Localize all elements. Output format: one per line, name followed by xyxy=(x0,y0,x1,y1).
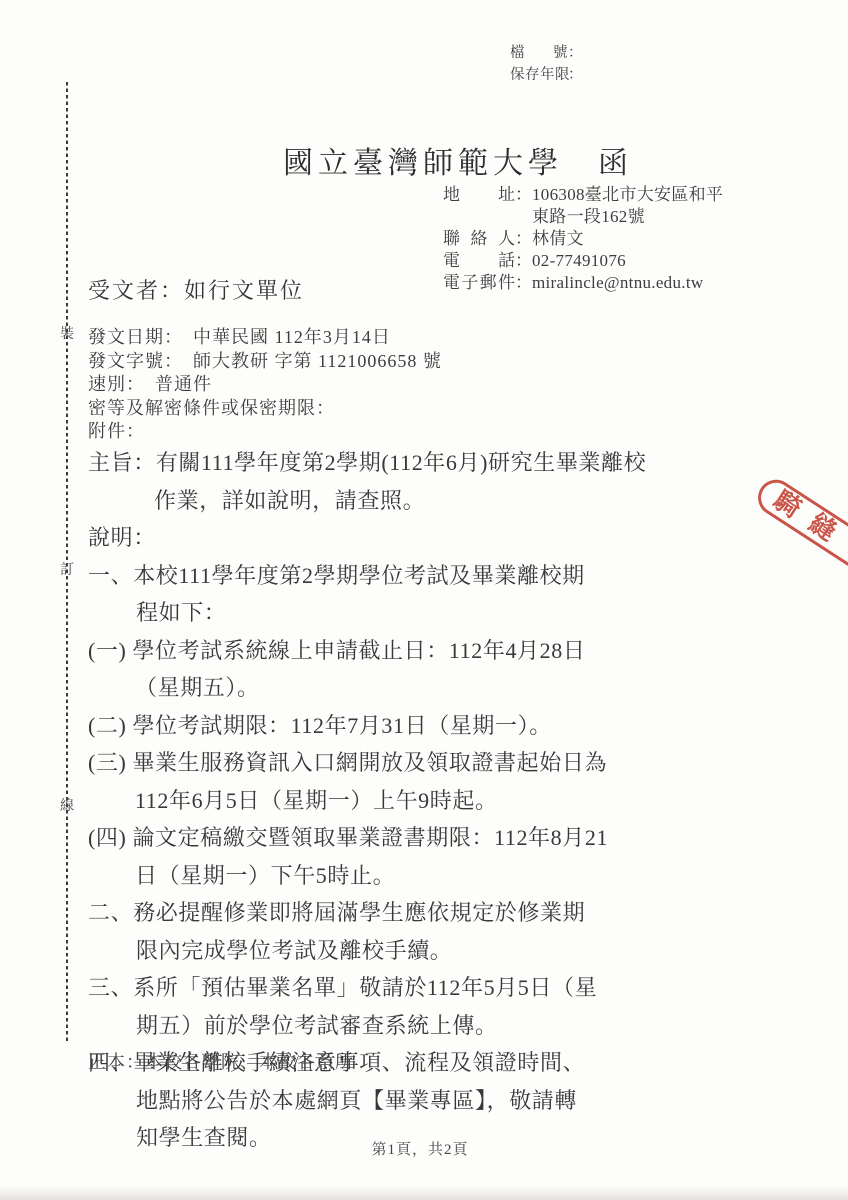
sub-item-4: (四)論文定稿繳交暨領取畢業證書期限：112年8月21日（星期一）下午5時止。 xyxy=(88,819,621,894)
contact-person-colon: ： xyxy=(515,228,532,250)
retention-label: 保存年限 xyxy=(510,64,568,86)
contact-person-label: 聯絡人 xyxy=(443,228,515,250)
sub-item-3-marker: (三) xyxy=(88,750,126,775)
sub-item-3: (三)畢業生服務資訊入口網開放及領取證書起始日為112年6月5日（星期一）上午9… xyxy=(88,744,621,819)
stamp-char-qi: 騎 xyxy=(769,487,805,523)
file-number-row: 檔號： xyxy=(510,42,583,64)
security-class-row: 密等及解密條件或保密期限： xyxy=(88,397,442,421)
contact-block: 地址：106308臺北市大安區和平東路一段162號 聯絡人：林倩文 電話：02-… xyxy=(443,184,728,294)
list-item-1-text: 本校111學年度第2學期學位考試及畢業離校期程如下： xyxy=(133,563,585,626)
contact-row-address: 地址：106308臺北市大安區和平東路一段162號 xyxy=(443,184,728,228)
stamp-char-feng: 縫 xyxy=(804,510,840,546)
scanner-edge-shadow xyxy=(0,1186,848,1200)
list-item-2-text: 務必提醒修業即將屆滿學生應依規定於修業期限內完成學位考試及離校手續。 xyxy=(133,900,585,963)
file-number-block: 檔號： 保存年限： xyxy=(510,42,583,86)
binding-char-zhuang: 裝 xyxy=(59,328,75,342)
address-colon: ： xyxy=(515,184,532,228)
email-label: 電子郵件 xyxy=(443,272,515,294)
explanation-label: 說明： xyxy=(88,519,748,557)
sub-item-1: (一)學位考試系統線上申請截止日：112年4月28日（星期五）。 xyxy=(88,632,621,707)
sub-item-4-text: 論文定稿繳交暨領取畢業證書期限：112年8月21日（星期一）下午5時止。 xyxy=(132,825,608,888)
retention-row: 保存年限： xyxy=(510,64,583,86)
issue-date-row: 發文日期： 中華民國 112年3月14日 xyxy=(88,326,442,350)
sub-item-1-text: 學位考試系統線上申請截止日：112年4月28日（星期五）。 xyxy=(132,638,585,701)
list-item-2: 二、務必提醒修業即將屆滿學生應依規定於修業期限內完成學位考試及離校手續。 xyxy=(88,894,598,969)
contact-row-email: 電子郵件：miralincle@ntnu.edu.tw xyxy=(443,272,728,294)
document-meta-block: 發文日期： 中華民國 112年3月14日 發文字號： 師大教研 字第 11210… xyxy=(88,326,442,444)
official-letter-page: 裝 訂 線 檔號： 保存年限： 國立臺灣師範大學 函 地址：106308臺北市大… xyxy=(0,0,848,1200)
file-number-colon: ： xyxy=(568,45,583,61)
issue-number-row: 發文字號： 師大教研 字第 1121006658 號 xyxy=(88,350,442,374)
copy-recipients-line: 正本：本校各學院、本校各系所 xyxy=(88,1048,354,1074)
list-item-3-marker: 三、 xyxy=(88,975,133,1000)
contact-row-phone: 電話：02-77491076 xyxy=(443,250,728,272)
page-number-footer: 第1頁，共2頁 xyxy=(0,1138,840,1159)
speed-class-row: 速別： 普通件 xyxy=(88,373,442,397)
retention-colon: ： xyxy=(568,67,583,83)
sub-item-2: (二)學位考試期限：112年7月31日（星期一）。 xyxy=(88,707,621,745)
sub-item-3-text: 畢業生服務資訊入口網開放及領取證書起始日為112年6月5日（星期一）上午9時起。 xyxy=(132,750,607,813)
email-colon: ： xyxy=(515,272,532,294)
contact-person-value: 林倩文 xyxy=(532,228,728,250)
subject-marker: 主旨： xyxy=(88,450,156,475)
sub-item-4-marker: (四) xyxy=(88,825,126,850)
subject-paragraph: 主旨：有關111學年度第2學期(112年6月)研究生畢業離校作業，詳如說明，請查… xyxy=(88,444,668,519)
contact-row-person: 聯絡人：林倩文 xyxy=(443,228,728,250)
sub-item-2-marker: (二) xyxy=(88,713,126,738)
sub-item-1-marker: (一) xyxy=(88,638,126,663)
phone-label: 電話 xyxy=(443,250,515,272)
list-item-3-text: 系所「預估畢業名單」敬請於112年5月5日（星期五）前於學位考試審查系統上傳。 xyxy=(133,975,597,1038)
binding-char-xian: 線 xyxy=(59,800,75,814)
list-item-2-marker: 二、 xyxy=(88,900,133,925)
sub-item-2-text: 學位考試期限：112年7月31日（星期一）。 xyxy=(132,713,551,738)
list-item-3: 三、系所「預估畢業名單」敬請於112年5月5日（星期五）前於學位考試審查系統上傳… xyxy=(88,969,598,1044)
attachment-row: 附件： xyxy=(88,420,442,444)
email-value: miralincle@ntnu.edu.tw xyxy=(532,272,728,294)
phone-colon: ： xyxy=(515,250,532,272)
address-label: 地址 xyxy=(443,184,515,228)
phone-value: 02-77491076 xyxy=(532,250,728,272)
recipient-line: 受文者：如行文單位 xyxy=(88,274,304,305)
document-title: 國立臺灣師範大學 函 xyxy=(283,138,633,182)
binding-dashed-line: 裝 訂 線 xyxy=(66,82,68,1042)
binding-char-ding: 訂 xyxy=(59,564,75,578)
address-value: 106308臺北市大安區和平東路一段162號 xyxy=(532,184,728,228)
subject-text: 有關111學年度第2學期(112年6月)研究生畢業離校作業，詳如說明，請查照。 xyxy=(154,450,646,513)
list-item-1: 一、本校111學年度第2學期學位考試及畢業離校期程如下： xyxy=(88,557,598,632)
list-item-1-marker: 一、 xyxy=(88,563,133,588)
file-number-label: 檔號 xyxy=(510,42,568,64)
